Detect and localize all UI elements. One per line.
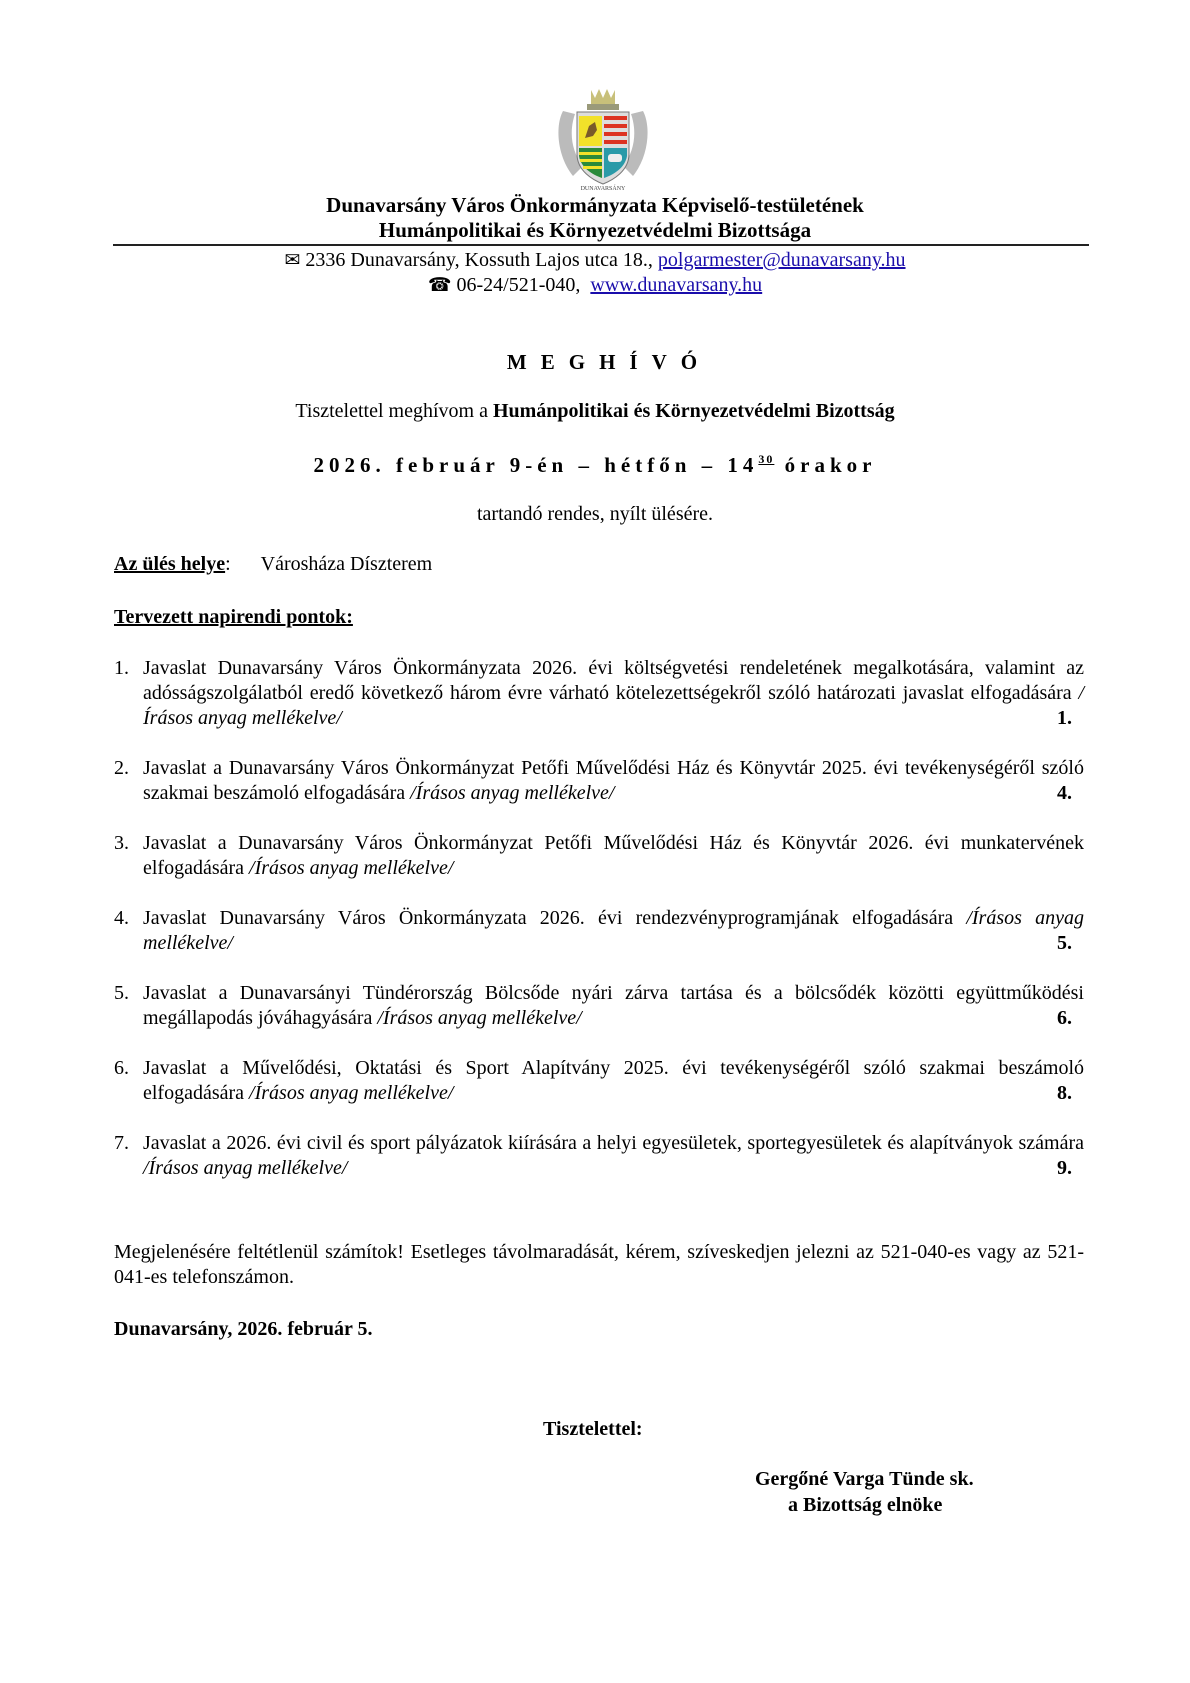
agenda-item-number: 1.	[114, 656, 129, 681]
agenda-item: 4.Javaslat Dunavarsány Város Önkormányza…	[114, 906, 1084, 956]
agenda-item-page: 6.	[1057, 1006, 1072, 1031]
agenda-item-number: 2.	[114, 756, 129, 781]
telephone-icon: ☎	[428, 274, 452, 297]
agenda-item-attachment: /Írásos anyag mellékelve/	[410, 782, 614, 804]
place-colon: :	[225, 553, 231, 575]
website-link[interactable]: www.dunavarsany.hu	[590, 274, 762, 296]
agenda-item-attachment: /Írásos anyag mellékelve/	[249, 1082, 453, 1104]
agenda-list: 1.Javaslat Dunavarsány Város Önkormányza…	[114, 656, 1084, 1206]
agenda-item-attachment: /Írásos anyag mellékelve/	[377, 1007, 581, 1029]
envelope-icon: ✉	[284, 249, 300, 272]
address-line: ✉2336 Dunavarsány, Kossuth Lajos utca 18…	[0, 249, 1190, 272]
address-text: 2336 Dunavarsány, Kossuth Lajos utca 18.…	[305, 249, 653, 271]
committee-name: Humánpolitikai és Környezetvédelmi Bizot…	[0, 218, 1190, 243]
agenda-item-text: Javaslat Dunavarsány Város Önkormányzata…	[143, 657, 1084, 704]
agenda-item-number: 4.	[114, 906, 129, 931]
meeting-date: 2026. február 9-én – hétfőn – 1430 órako…	[0, 452, 1190, 478]
agenda-item-text: Javaslat a Dunavarsányi Tündérország Böl…	[143, 982, 1084, 1029]
place-label: Az ülés helye	[114, 553, 225, 575]
agenda-item: 6.Javaslat a Művelődési, Oktatási és Spo…	[114, 1056, 1084, 1106]
invitation-committee: Humánpolitikai és Környezetvédelmi Bizot…	[493, 400, 895, 422]
agenda-item-number: 5.	[114, 981, 129, 1006]
header-divider	[113, 244, 1089, 246]
invitation-plain: Tisztelettel meghívom a	[295, 400, 493, 422]
coat-of-arms-logo: DUNAVARSÁNY	[553, 86, 653, 192]
agenda-item-attachment: /Írásos anyag mellékelve/	[249, 857, 453, 879]
document-title: MEGHÍVÓ	[0, 350, 1190, 375]
agenda-item-text: Javaslat Dunavarsány Város Önkormányzata…	[143, 907, 966, 929]
phone-number: 06-24/521-040,	[456, 274, 580, 296]
agenda-item-text: Javaslat a 2026. évi civil és sport pály…	[143, 1132, 1084, 1154]
agenda-title: Tervezett napirendi pontok:	[114, 606, 353, 629]
regards: Tisztelettel:	[543, 1418, 643, 1441]
meeting-type: tartandó rendes, nyílt ülésére.	[0, 503, 1190, 526]
meeting-place: Az ülés helye:Városháza Díszterem	[114, 553, 432, 576]
agenda-item: 2.Javaslat a Dunavarsány Város Önkormány…	[114, 756, 1084, 806]
agenda-item-page: 5.	[1057, 931, 1072, 956]
meeting-date-suffix: órakor	[774, 453, 876, 477]
agenda-item: 5.Javaslat a Dunavarsányi Tündérország B…	[114, 981, 1084, 1031]
agenda-item-page: 8.	[1057, 1081, 1072, 1106]
signatory-role: a Bizottság elnöke	[788, 1494, 942, 1517]
agenda-item-number: 7.	[114, 1131, 129, 1156]
agenda-item-page: 1.	[1057, 706, 1072, 731]
agenda-item-page: 9.	[1057, 1156, 1072, 1181]
svg-text:DUNAVARSÁNY: DUNAVARSÁNY	[581, 184, 626, 192]
agenda-item-attachment: /Írásos anyag mellékelve/	[143, 1157, 347, 1179]
meeting-date-main: 2026. február 9-én – hétfőn – 14	[314, 453, 759, 477]
invitation-text: Tisztelettel meghívom a Humánpolitikai é…	[0, 400, 1190, 423]
agenda-item: 1.Javaslat Dunavarsány Város Önkormányza…	[114, 656, 1084, 731]
date-place: Dunavarsány, 2026. február 5.	[114, 1318, 373, 1341]
signatory-name: Gergőné Varga Tünde sk.	[755, 1468, 974, 1491]
agenda-item-number: 3.	[114, 831, 129, 856]
email-link[interactable]: polgarmester@dunavarsany.hu	[658, 249, 906, 271]
place-value: Városháza Díszterem	[261, 553, 433, 575]
agenda-item: 7.Javaslat a 2026. évi civil és sport pá…	[114, 1131, 1084, 1181]
meeting-time-minutes: 30	[758, 452, 774, 466]
closing-text: Megjelenésére feltétlenül számítok! Eset…	[114, 1240, 1084, 1290]
organization-name: Dunavarsány Város Önkormányzata Képvisel…	[0, 193, 1190, 218]
phone-line: ☎06-24/521-040, www.dunavarsany.hu	[0, 274, 1190, 297]
agenda-item: 3.Javaslat a Dunavarsány Város Önkormány…	[114, 831, 1084, 881]
agenda-item-number: 6.	[114, 1056, 129, 1081]
agenda-item-page: 4.	[1057, 781, 1072, 806]
